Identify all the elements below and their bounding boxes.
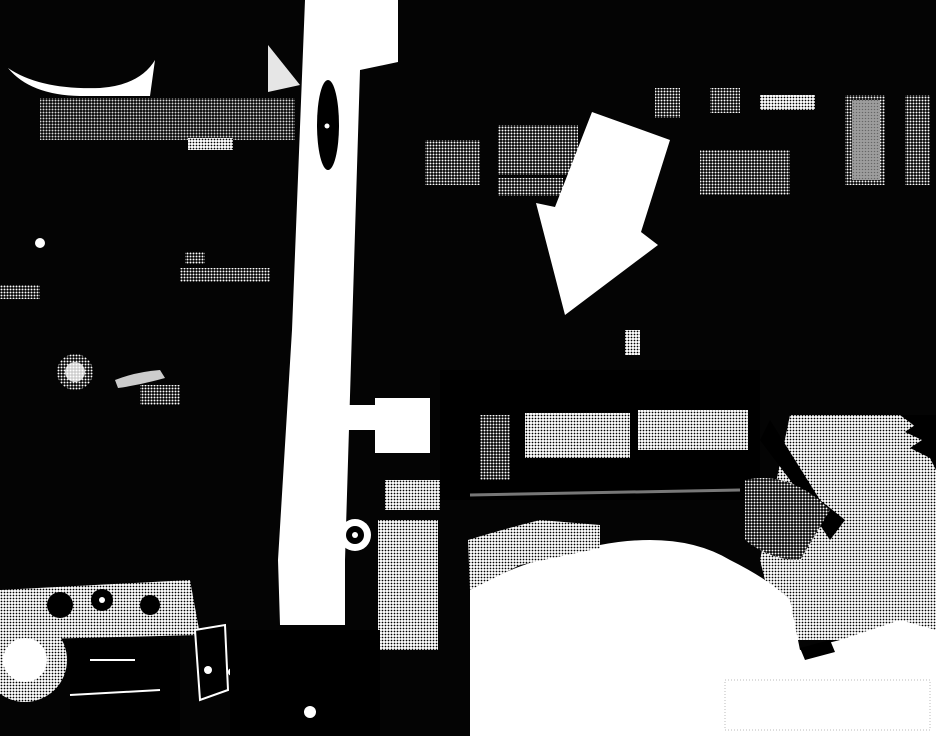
lower-bracket — [230, 630, 380, 736]
photo-illustration — [0, 0, 936, 736]
engine-bay-photo: engine compartment with a white arrow an… — [0, 0, 936, 736]
cylindrical-component — [440, 370, 760, 500]
small-fitting — [625, 330, 640, 355]
bolt — [304, 706, 316, 718]
